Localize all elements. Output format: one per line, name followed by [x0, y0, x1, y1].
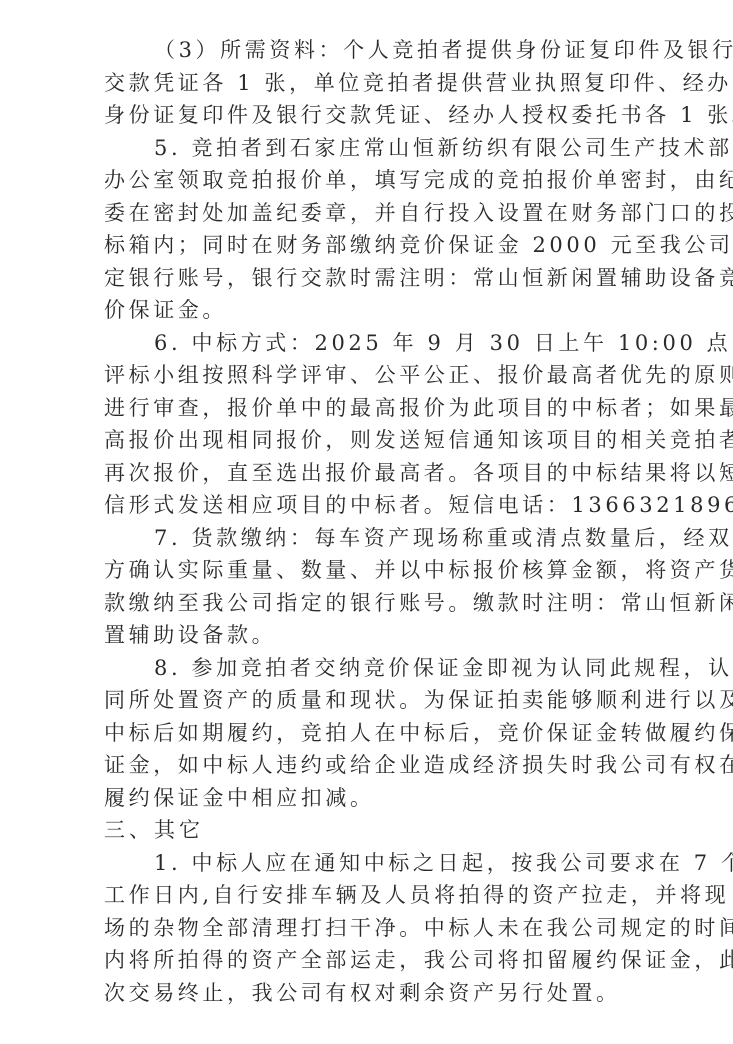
- paragraph-item-5: 5. 竞拍者到石家庄常山恒新纺织有限公司生产技术部 办公室领取竞拍报价单，填写完…: [104, 132, 630, 327]
- text-line: 次交易终止，我公司有权对剩余资产另行处置。: [104, 977, 630, 1010]
- document-page: （3）所需资料：个人竞拍者提供身份证复印件及银行 交款凭证各 1 张，单位竞拍者…: [104, 34, 630, 1009]
- text-line: 场的杂物全部清理打扫干净。中标人未在我公司规定的时间: [104, 912, 630, 945]
- paragraph-item-6: 6. 中标方式：2025 年 9 月 30 日上午 10:00 点，我公司 评标…: [104, 327, 630, 522]
- paragraph-section-3-item-1: 1. 中标人应在通知中标之日起，按我公司要求在 7 个 工作日内,自行安排车辆及…: [104, 847, 630, 1010]
- text-line: 进行审查，报价单中的最高报价为此项目的中标者；如果最: [104, 392, 630, 425]
- text-line: 标箱内；同时在财务部缴纳竞价保证金 2000 元至我公司指: [104, 229, 630, 262]
- paragraph-item-7: 7. 货款缴纳：每车资产现场称重或清点数量后，经双 方确认实际重量、数量、并以中…: [104, 522, 630, 652]
- text-line: 方确认实际重量、数量、并以中标报价核算金额，将资产货: [104, 554, 630, 587]
- text-line: 委在密封处加盖纪委章，并自行投入设置在财务部门口的投: [104, 197, 630, 230]
- text-line: 再次报价，直至选出报价最高者。各项目的中标结果将以短: [104, 457, 630, 490]
- section-heading-other: 三、其它: [104, 814, 630, 847]
- text-line: 8. 参加竞拍者交纳竞价保证金即视为认同此规程，认: [104, 652, 630, 685]
- text-line: 身份证复印件及银行交款凭证、经办人授权委托书各 1 张。: [104, 99, 630, 132]
- text-line: 评标小组按照科学评审、公平公正、报价最高者优先的原则: [104, 359, 630, 392]
- text-line: 证金，如中标人违约或给企业造成经济损失时我公司有权在: [104, 749, 630, 782]
- text-line: 款缴纳至我公司指定的银行账号。缴款时注明：常山恒新闲: [104, 587, 630, 620]
- paragraph-materials-required: （3）所需资料：个人竞拍者提供身份证复印件及银行 交款凭证各 1 张，单位竞拍者…: [104, 34, 630, 132]
- text-line: 履约保证金中相应扣减。: [104, 782, 630, 815]
- text-line: 中标后如期履约，竞拍人在中标后，竞价保证金转做履约保: [104, 717, 630, 750]
- text-line: 信形式发送相应项目的中标者。短信电话：13663218960。: [104, 489, 630, 522]
- text-line: 价保证金。: [104, 294, 630, 327]
- text-line: 工作日内,自行安排车辆及人员将拍得的资产拉走，并将现: [104, 879, 630, 912]
- text-line: 1. 中标人应在通知中标之日起，按我公司要求在 7 个: [104, 847, 630, 880]
- text-line: 同所处置资产的质量和现状。为保证拍卖能够顺利进行以及: [104, 684, 630, 717]
- text-line: 内将所拍得的资产全部运走，我公司将扣留履约保证金，此: [104, 944, 630, 977]
- text-line: 定银行账号，银行交款时需注明：常山恒新闲置辅助设备竞: [104, 262, 630, 295]
- text-line: 置辅助设备款。: [104, 619, 630, 652]
- paragraph-item-8: 8. 参加竞拍者交纳竞价保证金即视为认同此规程，认 同所处置资产的质量和现状。为…: [104, 652, 630, 815]
- text-line: 7. 货款缴纳：每车资产现场称重或清点数量后，经双: [104, 522, 630, 555]
- text-line: 交款凭证各 1 张，单位竞拍者提供营业执照复印件、经办人: [104, 67, 630, 100]
- text-line: 6. 中标方式：2025 年 9 月 30 日上午 10:00 点，我公司: [104, 327, 630, 360]
- text-line: （3）所需资料：个人竞拍者提供身份证复印件及银行: [104, 34, 630, 67]
- text-line: 办公室领取竞拍报价单，填写完成的竞拍报价单密封，由纪: [104, 164, 630, 197]
- text-line: 高报价出现相同报价，则发送短信通知该项目的相关竞拍者: [104, 424, 630, 457]
- text-line: 5. 竞拍者到石家庄常山恒新纺织有限公司生产技术部: [104, 132, 630, 165]
- section-heading: 三、其它: [104, 814, 630, 847]
